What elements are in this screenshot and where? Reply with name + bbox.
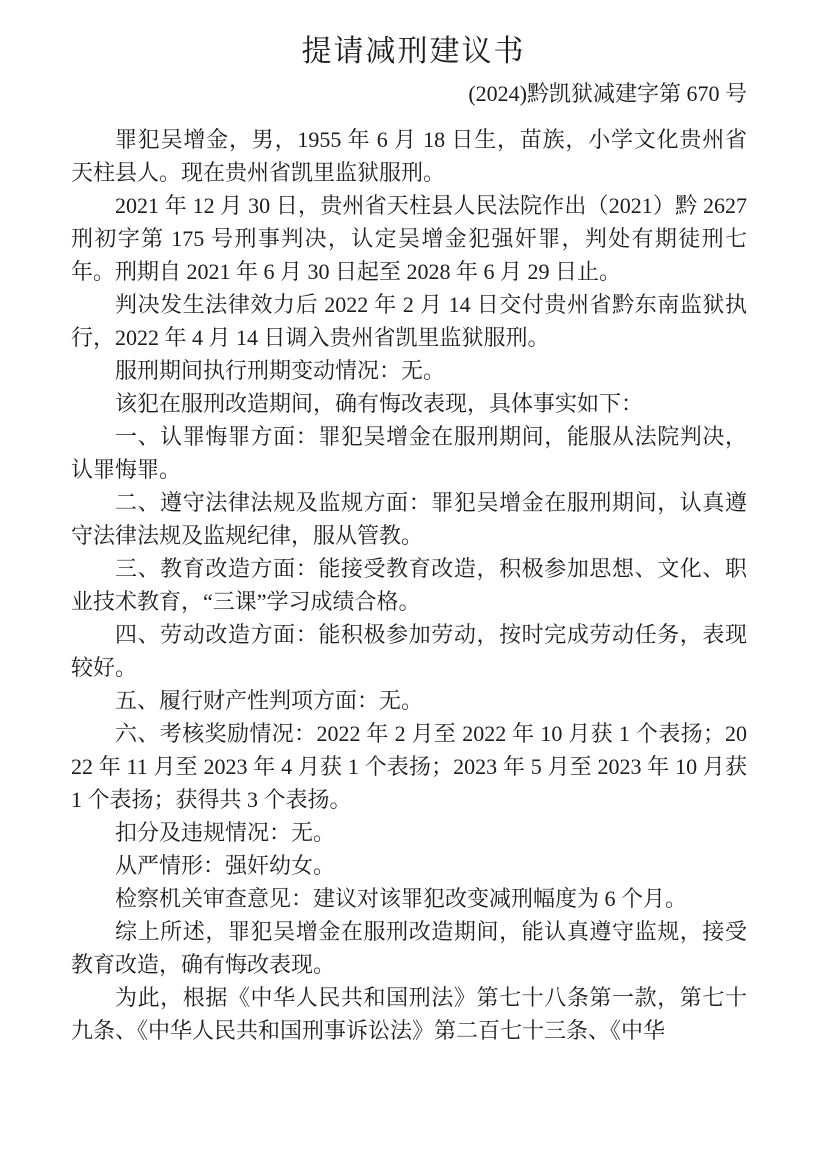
paragraph: 一、认罪悔罪方面：罪犯吴增金在服刑期间，能服从法院判决，认罪悔罪。 [71,420,747,486]
document-body: 罪犯吴增金，男，1955 年 6 月 18 日生，苗族，小学文化贵州省天柱县人。… [71,123,747,1047]
paragraph: 二、遵守法律法规及监规方面：罪犯吴增金在服刑期间，认真遵守法律法规及监规纪律，服… [71,486,747,552]
paragraph: 扣分及违规情况：无。 [71,816,747,849]
paragraph: 从严情形：强奸幼女。 [71,849,747,882]
document-title: 提请减刑建议书 [0,0,827,72]
paragraph: 四、劳动改造方面：能积极参加劳动，按时完成劳动任务，表现较好。 [71,618,747,684]
paragraph: 五、履行财产性判项方面：无。 [71,684,747,717]
paragraph: 服刑期间执行刑期变动情况：无。 [71,354,747,387]
paragraph: 为此，根据《中华人民共和国刑法》第七十八条第一款，第七十九条、《中华人民共和国刑… [71,981,747,1047]
paragraph: 检察机关审查意见：建议对该罪犯改变减刑幅度为 6 个月。 [71,882,747,915]
paragraph: 判决发生法律效力后 2022 年 2 月 14 日交付贵州省黔东南监狱执行，20… [71,288,747,354]
document-number: (2024)黔凯狱减建字第 670 号 [0,78,827,110]
paragraph: 该犯在服刑改造期间，确有悔改表现，具体事实如下： [71,387,747,420]
paragraph: 综上所述，罪犯吴增金在服刑改造期间，能认真遵守监规，接受教育改造，确有悔改表现。 [71,915,747,981]
paragraph: 三、教育改造方面：能接受教育改造，积极参加思想、文化、职业技术教育，“三课”学习… [71,552,747,618]
paragraph: 2021 年 12 月 30 日，贵州省天柱县人民法院作出（2021）黔 262… [71,189,747,288]
paragraph: 六、考核奖励情况：2022 年 2 月至 2022 年 10 月获 1 个表扬；… [71,717,747,816]
document-page: 提请减刑建议书 (2024)黔凯狱减建字第 670 号 罪犯吴增金，男，1955… [0,0,827,1169]
paragraph: 罪犯吴增金，男，1955 年 6 月 18 日生，苗族，小学文化贵州省天柱县人。… [71,123,747,189]
